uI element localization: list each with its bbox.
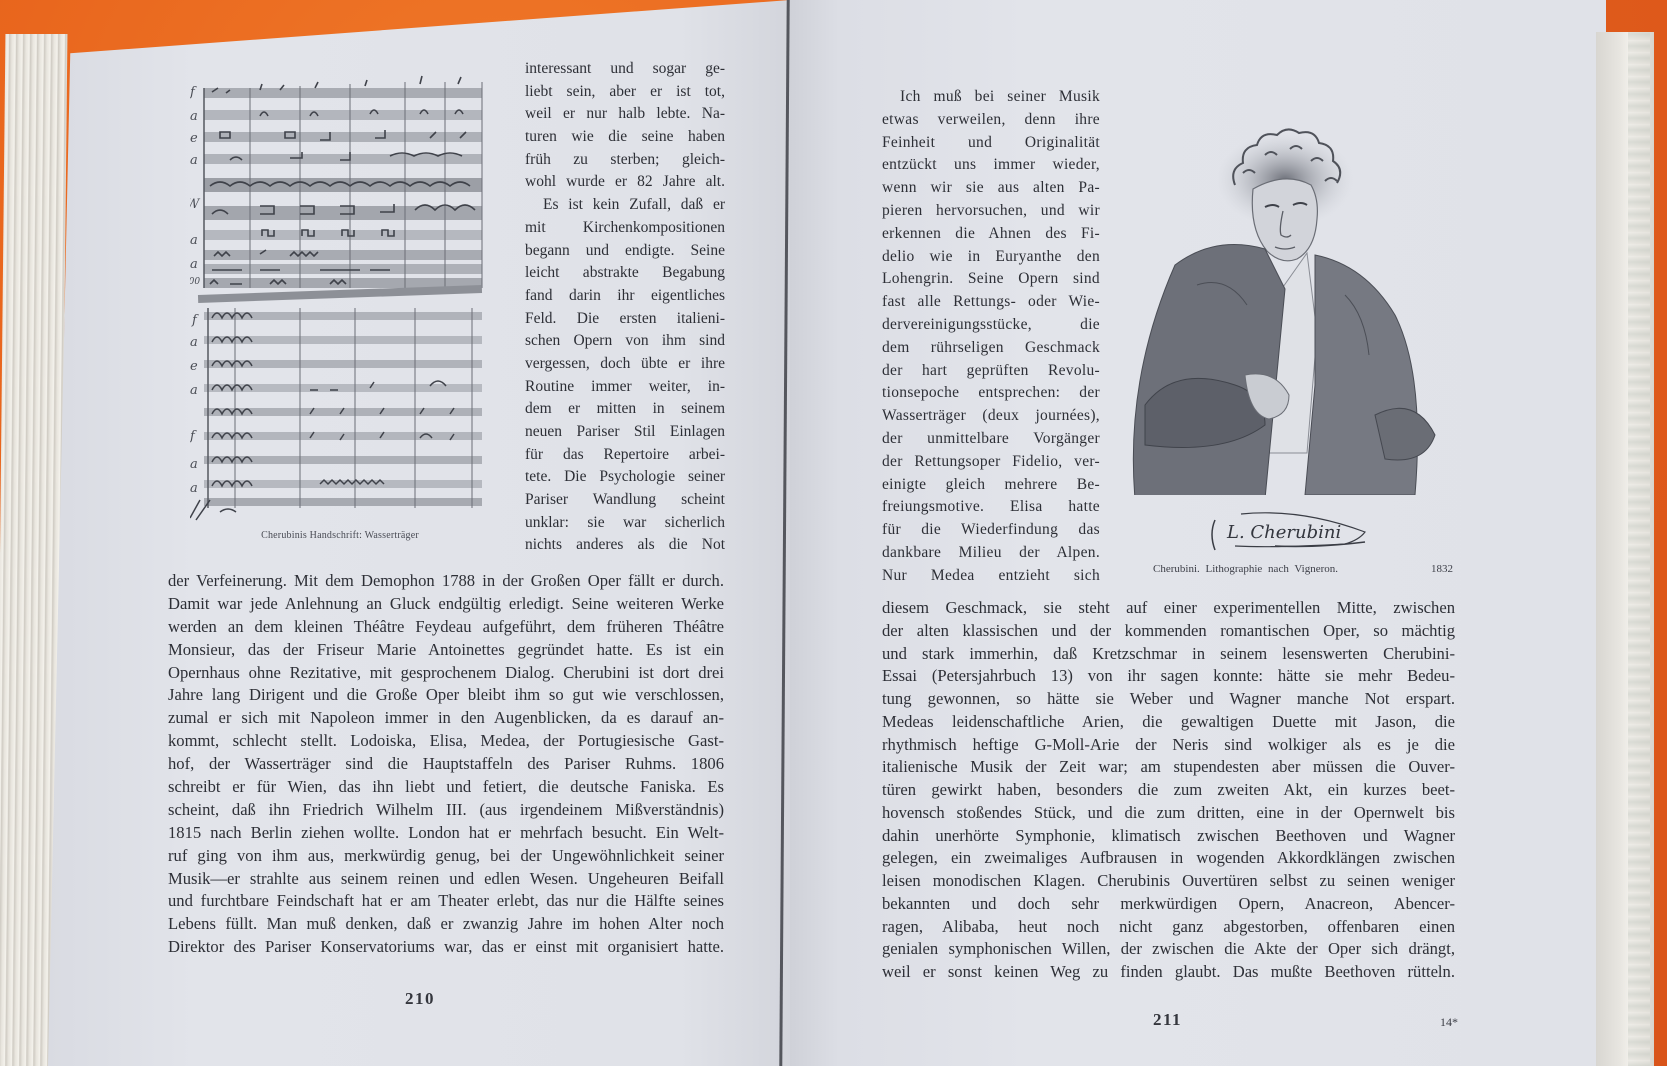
text-line: hof, der Wasserträger sind die Hauptstaf…: [168, 753, 724, 776]
svg-text:a: a: [190, 335, 198, 350]
text-line: italienische Musik der Zeit war; am stup…: [882, 756, 1455, 779]
text-line: kommt, schlecht stellt. Lodoiska, Elisa,…: [168, 730, 724, 753]
text-line: dankbare Milieu der Alpen.: [882, 542, 1100, 565]
text-line: der unmittelbare Vorgänger: [882, 428, 1100, 451]
text-line: dem er mitten in seinem: [525, 398, 725, 421]
cherubini-signature: L. Cherubini: [1205, 506, 1375, 556]
svg-text:W: W: [190, 197, 201, 212]
svg-text:a: a: [190, 233, 198, 248]
text-line: unklar: sie war sicherlich: [525, 512, 725, 535]
score-caption: Cherubinis Handschrift: Wasserträger: [220, 530, 460, 541]
text-line: 1815 nach Berlin ziehen wollte. London h…: [168, 822, 724, 845]
svg-text:a: a: [190, 457, 198, 472]
text-line: erkennen die Ahnen des Fi-: [882, 223, 1100, 246]
text-line: schen Opern von ihm sind: [525, 330, 725, 353]
svg-text:a: a: [190, 153, 198, 168]
text-line: freiungsmotive. Elisa hatte: [882, 496, 1100, 519]
text-line: Essai (Petersjahrbuch 13) von ihr sagen …: [882, 665, 1455, 688]
text-line: Opernhaus ohne Rezitative, mit gesproche…: [168, 662, 724, 685]
portrait-caption-text: Cherubini. Lithographie nach Vigneron.: [1153, 563, 1338, 575]
svg-text:e: e: [190, 131, 198, 146]
text-line: wenn wir sie aus alten Pa-: [882, 177, 1100, 200]
text-line: fand darin ihr eigentliches: [525, 285, 725, 308]
text-line: Nur Medea entzieht sich: [882, 565, 1100, 588]
text-line: und stark immerhin, daß Kretzschmar in s…: [882, 643, 1455, 666]
svg-text:e: e: [190, 359, 198, 374]
text-line: werden an dem kleinen Théâtre Feydeau au…: [168, 616, 724, 639]
text-line: tete. Die Psychologie seiner: [525, 466, 725, 489]
text-line: Feinheit und Originalität: [882, 132, 1100, 155]
text-line: der alten klassischen und der kommenden …: [882, 620, 1455, 643]
text-line: für die Wiederfindung das: [882, 519, 1100, 542]
text-line: der hart geprüften Revolu-: [882, 360, 1100, 383]
text-line: Feld. Die ersten italieni-: [525, 308, 725, 331]
text-line: entzückt uns immer wieder,: [882, 154, 1100, 177]
text-line: Lohengrin. Seine Opern sind: [882, 268, 1100, 291]
text-line: der Verfeinerung. Mit dem Demophon 1788 …: [168, 570, 724, 593]
text-line: begann und endigte. Seine: [525, 240, 725, 263]
left-full-width-text: der Verfeinerung. Mit dem Demophon 1788 …: [168, 570, 724, 959]
music-score-manuscript-image: f a e a W a a 1.00 f a e a f a a: [190, 68, 495, 528]
svg-text:L. Cherubini: L. Cherubini: [1226, 522, 1341, 543]
text-line: zumal er sich mit Napoleon immer in den …: [168, 707, 724, 730]
text-line: liebt sein, aber er ist tot,: [525, 81, 725, 104]
svg-text:a: a: [190, 383, 198, 398]
portrait-caption: Cherubini. Lithographie nach Vigneron. 1…: [1153, 563, 1453, 575]
text-line: ruf ging von ihm aus, merkwürdig genug, …: [168, 845, 724, 868]
upper-system: [204, 82, 482, 288]
text-line: wohl wurde er 82 Jahre alt.: [525, 171, 725, 194]
text-line: weil er nur halb lebte. Na-: [525, 103, 725, 126]
text-line: weil er sonst keinen Weg zu finden glaub…: [882, 961, 1455, 984]
text-line: Monsieur, das der Friseur Marie Antoinet…: [168, 639, 724, 662]
text-line: etwas verweilen, denn ihre: [882, 109, 1100, 132]
text-line: für das Repertoire arbei-: [525, 444, 725, 467]
text-line: einigte gleich mehrere Be-: [882, 474, 1100, 497]
text-line: Musik—er strahlte aus seinem reinen und …: [168, 868, 724, 891]
text-line: Wasserträger (deux journées),: [882, 405, 1100, 428]
text-line: neuen Pariser Stil Einlagen: [525, 421, 725, 444]
text-line: Jahre lang Dirigent und die Große Oper b…: [168, 684, 724, 707]
svg-text:a: a: [190, 481, 198, 496]
text-line: türen gewirkt haben, besonders die zum z…: [882, 779, 1455, 802]
text-line: fast alle Rettungs- oder Wie-: [882, 291, 1100, 314]
right-narrow-column: Ich muß bei seiner Musik etwas verweilen…: [882, 86, 1100, 588]
text-line: leicht abstrakte Begabung: [525, 262, 725, 285]
text-line: Es ist kein Zufall, daß er: [525, 194, 725, 217]
text-line: der Rettungsoper Fidelio, ver-: [882, 451, 1100, 474]
text-line: vergessen, doch übte er ihre: [525, 353, 725, 376]
text-line: genialen symphonischen Willen, der zwisc…: [882, 938, 1455, 961]
text-line: dervereinigungsstücke, die: [882, 314, 1100, 337]
text-line: rhythmisch heftige G-Moll-Arie der Neris…: [882, 734, 1455, 757]
text-line: mit Kirchenkompositionen: [525, 217, 725, 240]
svg-text:a: a: [190, 109, 198, 124]
text-line: ragen, Alibaba, heut noch nicht ganz abg…: [882, 916, 1455, 939]
right-full-width-text: diesem Geschmack, sie steht auf einer ex…: [882, 597, 1455, 984]
page-number-right: 211: [1153, 1010, 1182, 1030]
text-line: schreibt er für Wien, das ihn liebt und …: [168, 776, 724, 799]
text-line: gelegen, ein zweimaliges Aufbrausen in w…: [882, 847, 1455, 870]
text-line: tionsepoche entsprechen: der: [882, 382, 1100, 405]
svg-text:a: a: [190, 257, 198, 272]
text-line: Direktor des Pariser Konservatoriums war…: [168, 936, 724, 959]
text-line: leisen monodischen Klagen. Cherubinis Ou…: [882, 870, 1455, 893]
text-line: delio wie in Euryanthe den: [882, 246, 1100, 269]
page-number-left: 210: [405, 989, 435, 1009]
text-line: tung gewonnen, so hätte sie Weber und Wa…: [882, 688, 1455, 711]
book-page-edges-right: [1596, 32, 1654, 1066]
left-narrow-column: interessant und sogar ge- liebt sein, ab…: [525, 58, 725, 557]
text-line: Ich muß bei seiner Musik: [882, 86, 1100, 109]
text-line: bekannten und doch sehr merkwürdigen Ope…: [882, 893, 1455, 916]
text-line: früh zu sterben; gleich-: [525, 149, 725, 172]
text-line: Routine immer weiter, in-: [525, 376, 725, 399]
text-line: Pariser Wandlung scheint: [525, 489, 725, 512]
text-line: Medeas leidenschaftliche Arien, die gewa…: [882, 711, 1455, 734]
text-line: und furchtbare Feindschaft hat er am The…: [168, 890, 724, 913]
text-line: diesem Geschmack, sie steht auf einer ex…: [882, 597, 1455, 620]
text-line: interessant und sogar ge-: [525, 58, 725, 81]
text-line: Damit war jede Anlehnung an Gluck endgül…: [168, 593, 724, 616]
svg-text:f: f: [190, 85, 197, 100]
printer-signature-mark: 14*: [1440, 1015, 1458, 1030]
text-line: turen wie die seine haben: [525, 126, 725, 149]
cherubini-portrait-image: [1125, 125, 1455, 495]
text-line: nichts anderes als die Not: [525, 534, 725, 557]
portrait-caption-year: 1832: [1431, 563, 1453, 575]
text-line: dahin unerhörte Symphonie, klimatisch zw…: [882, 825, 1455, 848]
svg-text:1.00: 1.00: [190, 277, 200, 287]
text-line: dem rührseligen Geschmack: [882, 337, 1100, 360]
text-line: Lebens füllt. Man muß denken, daß er zwa…: [168, 913, 724, 936]
svg-text:f: f: [190, 429, 197, 444]
text-line: hovensch stoßendes Stück, und die zum dr…: [882, 802, 1455, 825]
text-line: scheint, daß ihn Friedrich Wilhelm III. …: [168, 799, 724, 822]
text-line: pieren hervorsuchen, und wir: [882, 200, 1100, 223]
svg-text:f: f: [191, 313, 199, 328]
